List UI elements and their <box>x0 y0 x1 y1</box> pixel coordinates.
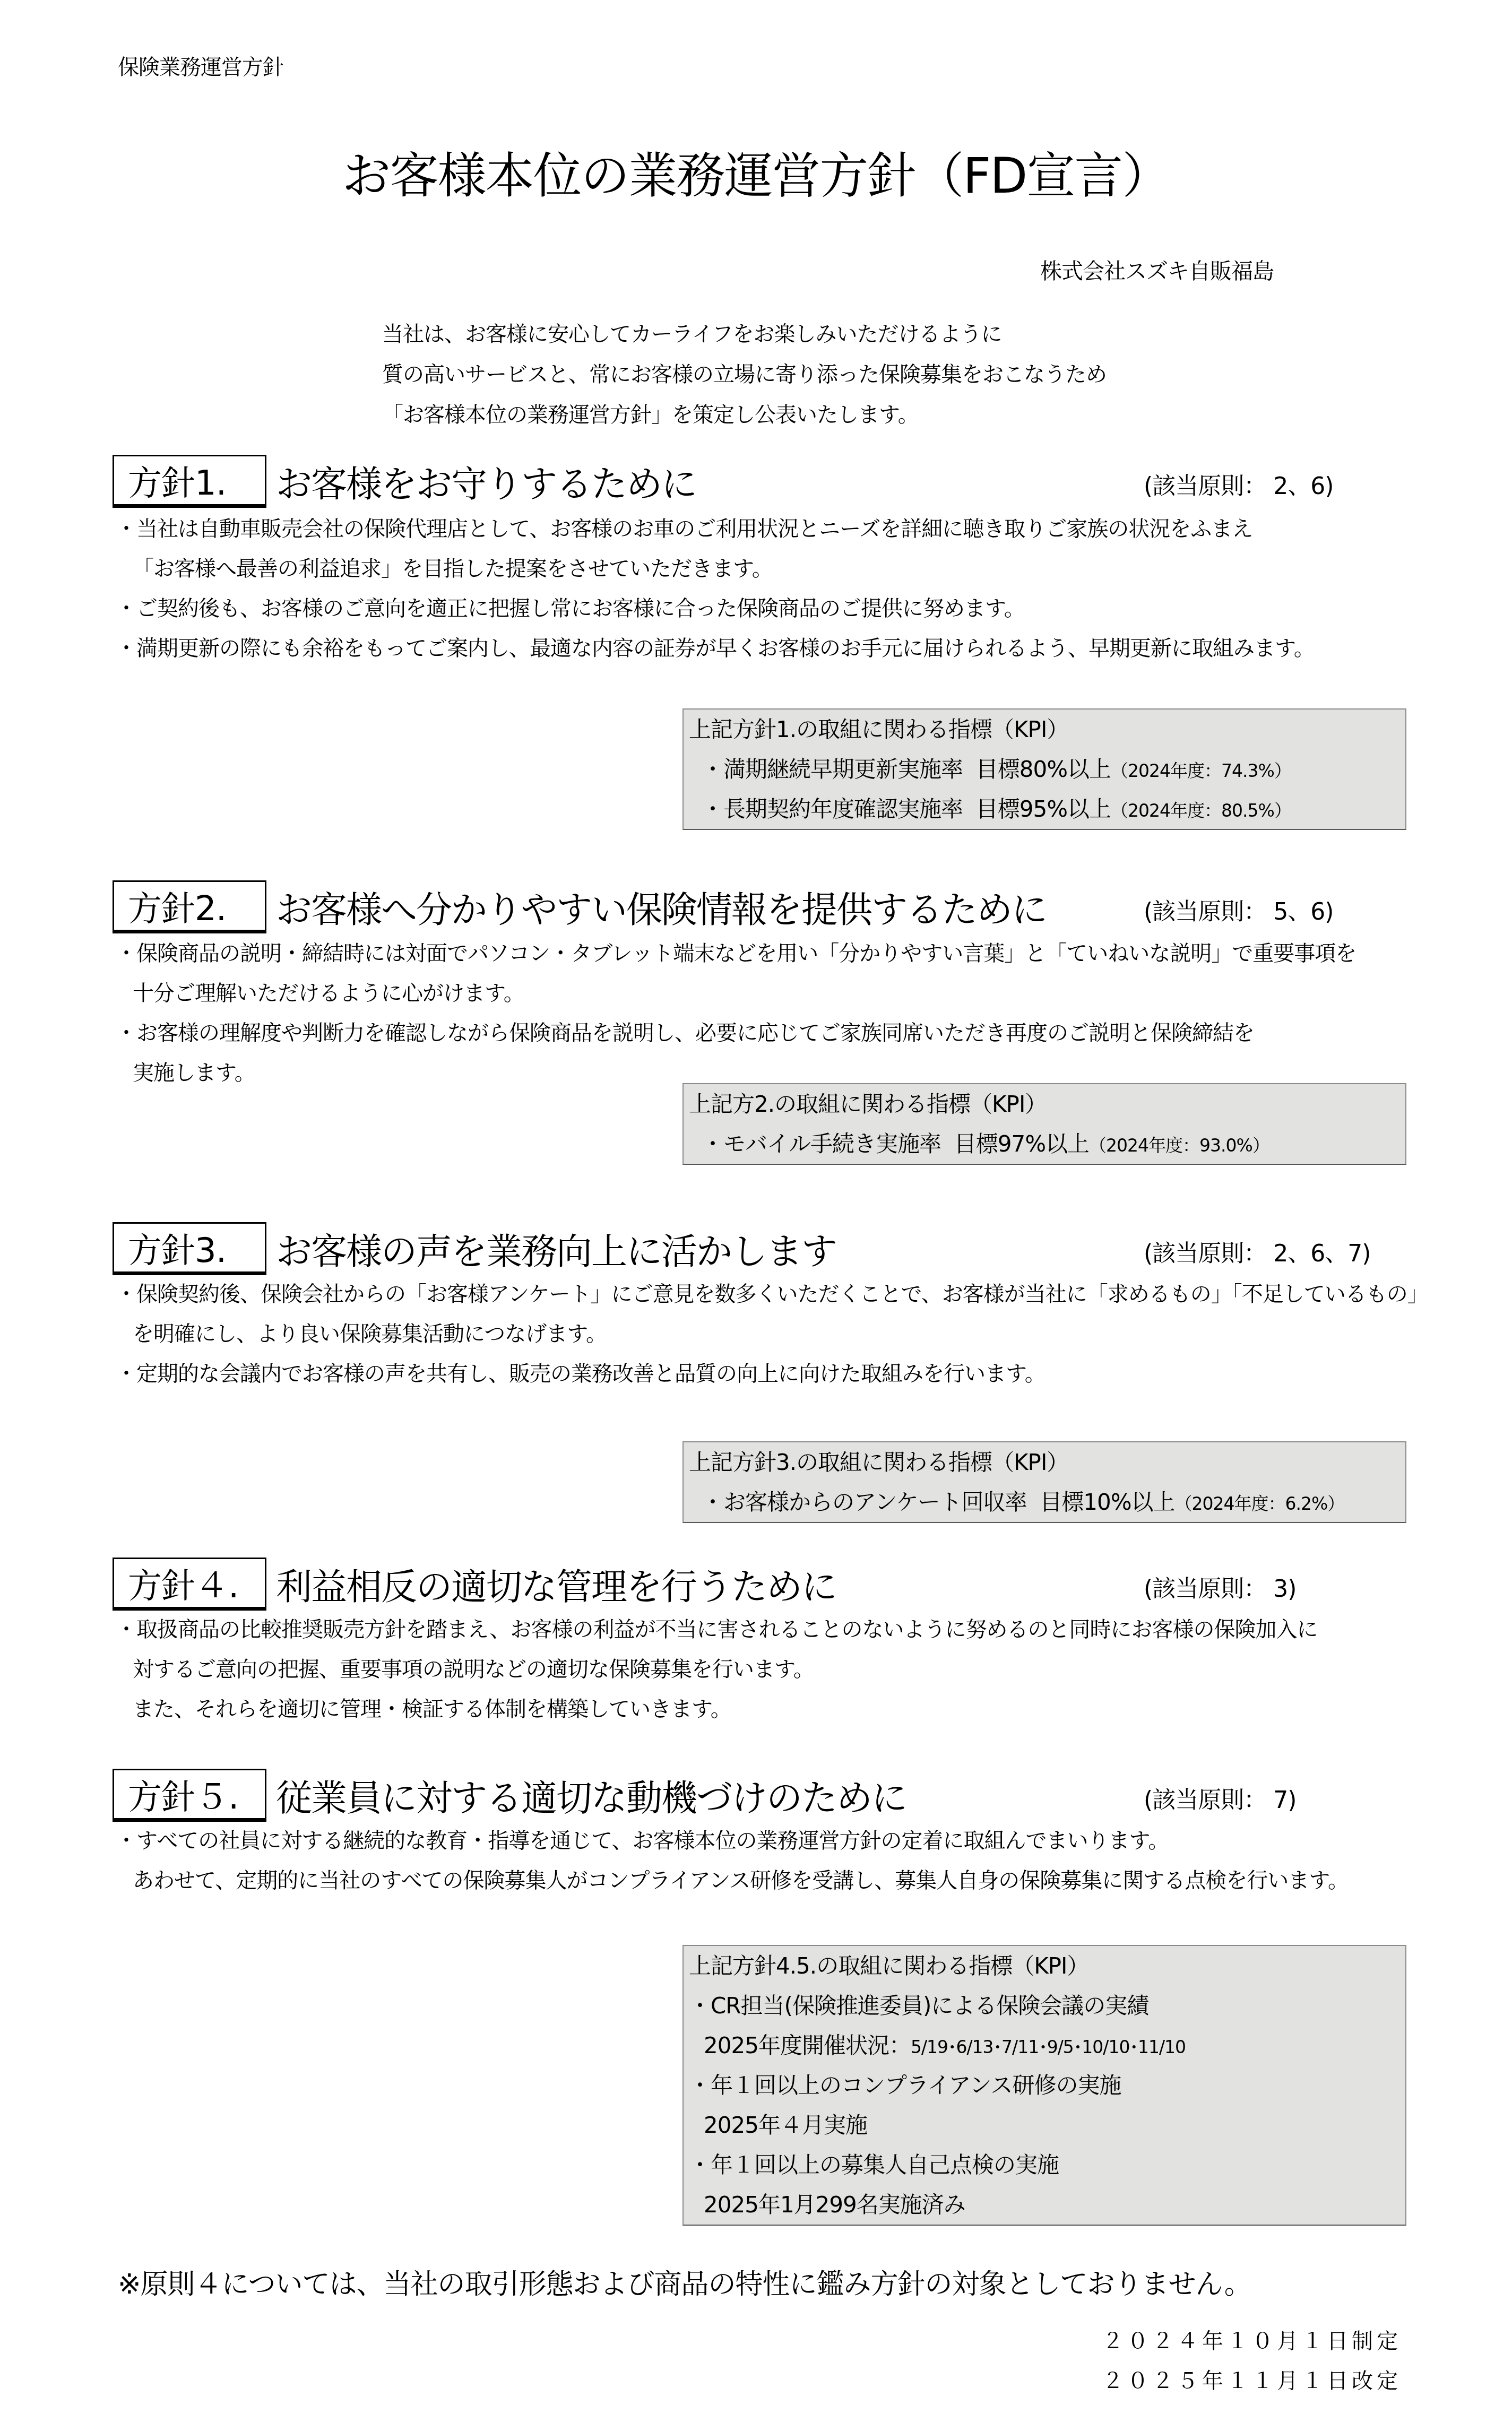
policy-line: を明確にし、より良い保険募集活動につなげます。 <box>116 1314 1428 1354</box>
policy-line: 「お客様へ最善の利益追求」を目指した提案をさせていただきます。 <box>116 549 1315 589</box>
company-name: 株式会社スズキ自販福島 <box>1040 254 1274 285</box>
kpi-item: ・年１回以上の募集人自己点検の実施 <box>689 2145 1400 2185</box>
policy-body: ・すべての社員に対する継続的な教育・指導を通じて、お客様本位の業務運営方針の定着… <box>116 1821 1349 1901</box>
kpi-result: （2024年度：93.0%） <box>1089 1135 1269 1156</box>
meeting-dates: 5/19･6/13･7/11･9/5･10/10･11/10 <box>911 2037 1186 2057</box>
kpi-target: 目標97%以上 <box>954 1131 1089 1157</box>
policy-line: また、それらを適切に管理・検証する体制を構築していきます。 <box>116 1690 1317 1729</box>
policy-line: ・すべての社員に対する継続的な教育・指導を通じて、お客様本位の業務運営方針の定着… <box>116 1821 1349 1861</box>
policy-heading: 方針1. お客様をお守りするために <box>113 457 696 505</box>
policy-body: ・取扱商品の比較推奨販売方針を踏まえ、お客様の利益が不当に害されることのないよう… <box>116 1610 1317 1729</box>
applicable-principles: (該当原則： 2、6) <box>1144 467 1333 501</box>
page-title: お客様本位の業務運営方針（FD宣言） <box>0 137 1512 207</box>
policy-number-box: 方針3. <box>113 1222 266 1275</box>
policy-heading: 方針3. お客様の声を業務向上に活かします <box>113 1225 836 1273</box>
kpi-title: 上記方針1.の取組に関わる指標（KPI） <box>689 710 1400 749</box>
policy-line: ・満期更新の際にも余裕をもってご案内し、最適な内容の証券が早くお客様のお手元に届… <box>116 629 1315 669</box>
kpi-title: 上記方2.の取組に関わる指標（KPI） <box>689 1084 1400 1124</box>
kpi-detail-label: 2025年度開催状況： <box>704 2032 911 2058</box>
policy-line: ・保険契約後、保険会社からの「お客様アンケート」にご意見を数多くいただくことで、… <box>116 1275 1428 1314</box>
policy-title: お客様の声を業務向上に活かします <box>276 1223 836 1275</box>
policy-number-box: 方針４. <box>113 1558 266 1611</box>
kpi-item: ・CR担当(保険推進委員)による保険会議の実績 <box>689 1986 1400 2026</box>
policy-body: ・当社は自動車販売会社の保険代理店として、お客様のお車のご利用状況とニーズを詳細… <box>116 509 1315 669</box>
policy-line: 十分ご理解いただけるように心がけます。 <box>116 974 1356 1014</box>
intro-paragraph: 当社は、お客様に安心してカーライフをお楽しみいただけるように 質の高いサービスと… <box>382 314 1107 435</box>
policy-line: ・定期的な会議内でお客様の声を共有し、販売の業務改善と品質の向上に向けた取組みを… <box>116 1354 1428 1394</box>
kpi-item: ・満期継続早期更新実施率 目標80%以上（2024年度：74.3%） <box>689 749 1400 789</box>
intro-line: 「お客様本位の業務運営方針」を策定し公表いたします。 <box>382 395 1107 435</box>
policy-heading: 方針2. お客様へ分かりやすい保険情報を提供するために <box>113 883 1047 931</box>
intro-line: 当社は、お客様に安心してカーライフをお楽しみいただけるように <box>382 314 1107 354</box>
kpi-item: ・年１回以上のコンプライアンス研修の実施 <box>689 2065 1400 2105</box>
kpi-label: ・お客様からのアンケート回収率 <box>702 1489 1026 1515</box>
applicable-principles: (該当原則： 3) <box>1144 1570 1296 1604</box>
policy-number-box: 方針2. <box>113 880 266 933</box>
kpi-box: 上記方針4.5.の取組に関わる指標（KPI） ・CR担当(保険推進委員)による保… <box>682 1945 1406 2226</box>
policy-heading: 方針４. 利益相反の適切な管理を行うために <box>113 1560 836 1608</box>
policy-line: ・ご契約後も、お客様のご意向を適正に把握し常にお客様に合った保険商品のご提供に努… <box>116 589 1315 629</box>
kpi-target: 目標95%以上 <box>976 796 1111 822</box>
intro-line: 質の高いサービスと、常にお客様の立場に寄り添った保険募集をおこなうため <box>382 354 1107 395</box>
kpi-result: （2024年度：80.5%） <box>1111 800 1291 821</box>
kpi-box: 上記方針3.の取組に関わる指標（KPI） ・お客様からのアンケート回収率 目標1… <box>682 1441 1406 1523</box>
applicable-principles: (該当原則： 2、6、7) <box>1144 1234 1370 1268</box>
policy-title: 利益相反の適切な管理を行うために <box>276 1559 836 1610</box>
kpi-target: 目標10%以上 <box>1040 1489 1174 1515</box>
document-label: 保険業務運営方針 <box>118 50 283 81</box>
policy-body: ・保険契約後、保険会社からの「お客様アンケート」にご意見を数多くいただくことで、… <box>116 1275 1428 1394</box>
applicable-principles: (該当原則： 5、6) <box>1144 893 1333 927</box>
revised-date: ２０２５年１１月１日改定 <box>1102 2361 1402 2401</box>
revision-dates: ２０２４年１０月１日制定 ２０２５年１１月１日改定 <box>1102 2322 1402 2401</box>
policy-body: ・保険商品の説明・締結時には対面でパソコン・タブレット端末などを用い「分かりやす… <box>116 934 1356 1093</box>
kpi-item: ・長期契約年度確認実施率 目標95%以上（2024年度：80.5%） <box>689 789 1400 829</box>
kpi-title: 上記方針3.の取組に関わる指標（KPI） <box>689 1442 1400 1482</box>
kpi-result: （2024年度：6.2%） <box>1175 1493 1345 1514</box>
kpi-box: 上記方2.の取組に関わる指標（KPI） ・モバイル手続き実施率 目標97%以上（… <box>682 1083 1406 1165</box>
policy-title: お客様へ分かりやすい保険情報を提供するために <box>276 881 1047 933</box>
policy-line: あわせて、定期的に当社のすべての保険募集人がコンプライアンス研修を受講し、募集人… <box>116 1861 1349 1901</box>
kpi-label: ・モバイル手続き実施率 <box>702 1131 941 1157</box>
policy-heading: 方針５. 従業員に対する適切な動機づけのために <box>113 1771 906 1819</box>
kpi-detail: 2025年1月299名実施済み <box>689 2185 1400 2225</box>
policy-line: ・お客様の理解度や判断力を確認しながら保険商品を説明し、必要に応じてご家族同席い… <box>116 1014 1356 1053</box>
applicable-principles: (該当原則： 7) <box>1144 1781 1296 1815</box>
policy-title: お客様をお守りするために <box>276 456 696 507</box>
kpi-label: ・満期継続早期更新実施率 <box>702 756 963 782</box>
policy-line: 対するご意向の把握、重要事項の説明などの適切な保険募集を行います。 <box>116 1650 1317 1690</box>
kpi-label: ・長期契約年度確認実施率 <box>702 796 963 822</box>
kpi-title: 上記方針4.5.の取組に関わる指標（KPI） <box>689 1946 1400 1986</box>
footnote: ※原則４については、当社の取引形態および商品の特性に鑑み方針の対象としておりませ… <box>118 2262 1251 2302</box>
kpi-box: 上記方針1.の取組に関わる指標（KPI） ・満期継続早期更新実施率 目標80%以… <box>682 708 1406 830</box>
kpi-item: ・モバイル手続き実施率 目標97%以上（2024年度：93.0%） <box>689 1124 1400 1164</box>
policy-title: 従業員に対する適切な動機づけのために <box>276 1770 906 1821</box>
kpi-item: ・お客様からのアンケート回収率 目標10%以上（2024年度：6.2%） <box>689 1482 1400 1522</box>
policy-line: ・保険商品の説明・締結時には対面でパソコン・タブレット端末などを用い「分かりやす… <box>116 934 1356 974</box>
policy-line: ・当社は自動車販売会社の保険代理店として、お客様のお車のご利用状況とニーズを詳細… <box>116 509 1315 549</box>
kpi-target: 目標80%以上 <box>976 756 1111 782</box>
policy-line: ・取扱商品の比較推奨販売方針を踏まえ、お客様の利益が不当に害されることのないよう… <box>116 1610 1317 1650</box>
kpi-detail: 2025年度開催状況：5/19･6/13･7/11･9/5･10/10･11/1… <box>689 2026 1400 2065</box>
kpi-result: （2024年度：74.3%） <box>1111 760 1291 781</box>
established-date: ２０２４年１０月１日制定 <box>1102 2322 1402 2361</box>
policy-number-box: 方針５. <box>113 1769 266 1822</box>
policy-number-box: 方針1. <box>113 455 266 508</box>
kpi-detail: 2025年４月実施 <box>689 2105 1400 2145</box>
